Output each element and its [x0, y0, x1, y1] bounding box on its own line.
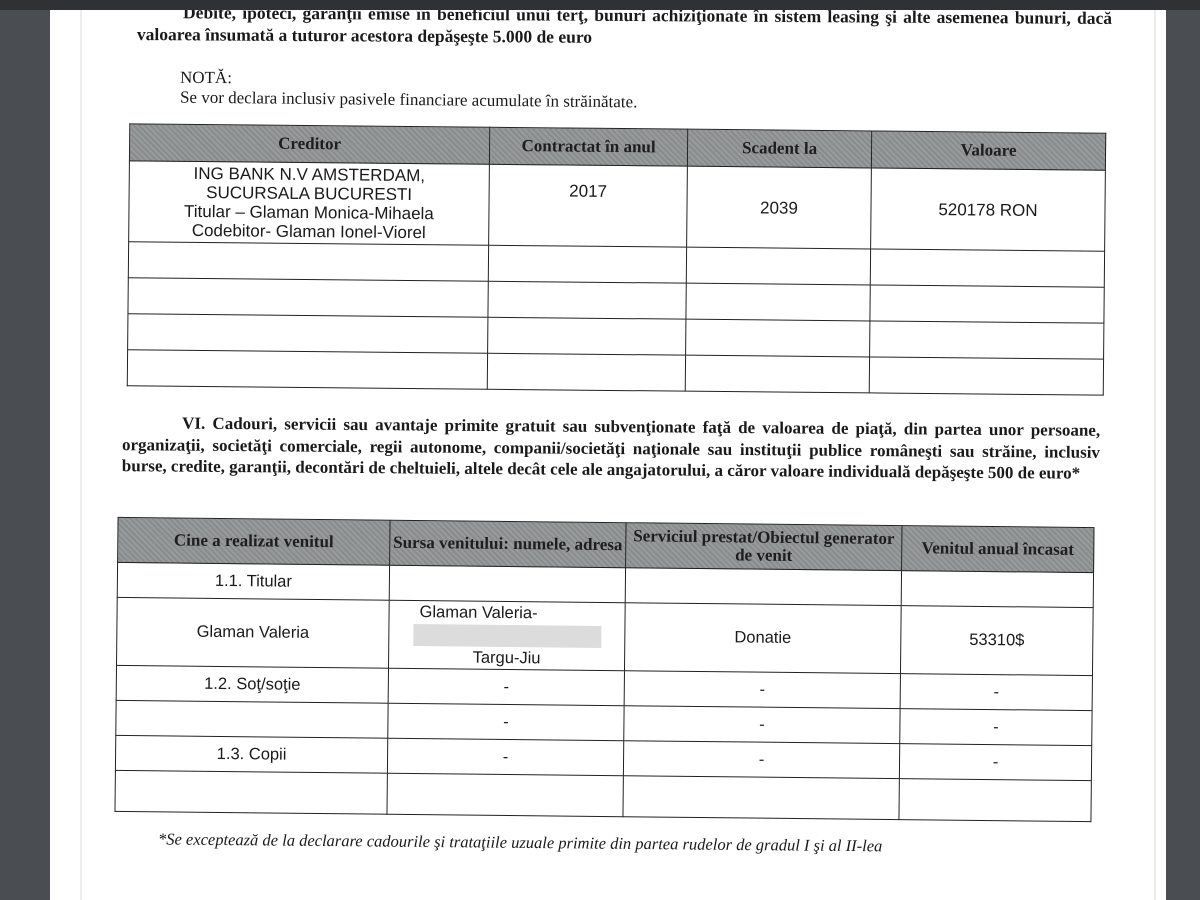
empty-cell	[870, 321, 1104, 359]
empty-cell	[488, 317, 686, 355]
cell-source	[389, 565, 625, 602]
empty-cell	[488, 245, 686, 283]
cell-service: -	[624, 670, 900, 708]
footnote: *Se exceptează de la declarare cadourile…	[158, 829, 1118, 858]
empty-cell	[686, 283, 870, 321]
cell-income: -	[900, 673, 1092, 710]
nota-label: NOTĂ:	[180, 68, 232, 88]
creditor-line: Codebitor- Glaman Ionel-Viorel	[129, 220, 488, 242]
nota-text: Se vor declara inclusiv pasivele financi…	[180, 88, 638, 113]
cell-source: -	[388, 703, 624, 740]
header-valoare: Valoare	[871, 131, 1105, 170]
header-who: Cine a realizat venitul	[118, 517, 390, 565]
cell-service: -	[624, 705, 900, 743]
cell-who	[116, 700, 388, 738]
cell-who	[115, 770, 387, 814]
empty-cell	[487, 353, 685, 391]
empty-cell	[869, 357, 1103, 395]
source-name: Glaman Valeria-	[389, 601, 624, 625]
header-service: Serviciul prestat/Obiectul generator de …	[626, 523, 902, 571]
debts-table: Creditor Contractat în anul Scadent la V…	[127, 123, 1106, 395]
cell-source: Glaman Valeria- Targu-Jiu	[389, 600, 626, 670]
header-source: Sursa venitului: numele, adresa	[390, 520, 626, 567]
header-creditor: Creditor	[129, 124, 489, 164]
empty-cell	[686, 319, 870, 357]
empty-cell	[128, 314, 488, 353]
cell-contractat: 2017	[489, 164, 688, 247]
cell-service: Donatie	[624, 603, 901, 674]
cell-who: 1.3. Copii	[115, 735, 387, 773]
cell-creditor: ING BANK N.V AMSTERDAM, SUCURSALA BUCURE…	[129, 161, 490, 245]
table-row: Glaman Valeria Glaman Valeria- Targu-Jiu…	[117, 597, 1094, 675]
cell-income	[901, 571, 1093, 608]
header-income: Venitul anual încasat	[902, 526, 1094, 573]
cell-income: 53310$	[900, 606, 1093, 676]
redacted-address	[413, 624, 601, 648]
cell-source	[387, 773, 623, 816]
empty-cell	[488, 281, 686, 319]
table-row: ING BANK N.V AMSTERDAM, SUCURSALA BUCURE…	[129, 161, 1106, 251]
cell-who: 1.1. Titular	[117, 562, 389, 600]
viewer-top-bar	[0, 0, 1200, 10]
cell-income: -	[899, 743, 1091, 780]
cell-service	[625, 568, 901, 606]
cell-who: Glaman Valeria	[117, 597, 390, 667]
page-fold-line	[80, 10, 82, 900]
contractat-value: 2017	[490, 181, 687, 202]
cell-source: -	[387, 738, 623, 775]
debts-intro-paragraph: Debite, ipoteci, garanţii emise în benef…	[137, 10, 1112, 51]
cell-service: -	[623, 740, 899, 778]
cell-who: 1.2. Soţ/soţie	[116, 665, 388, 703]
cell-valoare: 520178 RON	[871, 168, 1106, 251]
empty-cell	[128, 242, 488, 281]
empty-cell	[870, 249, 1104, 287]
page-fold-line-right	[1154, 10, 1156, 900]
source-city: Targu-Jiu	[389, 645, 624, 669]
cell-scadent: 2039	[687, 166, 872, 249]
cell-income	[899, 778, 1091, 821]
section-vi-heading: VI. Cadouri, servicii sau avantaje primi…	[122, 412, 1100, 484]
cell-service	[623, 775, 899, 819]
header-scadent: Scadent la	[687, 129, 871, 168]
cell-source: -	[388, 668, 624, 705]
empty-cell	[128, 278, 488, 317]
header-contractat: Contractat în anul	[489, 127, 687, 166]
empty-cell	[127, 350, 487, 389]
empty-cell	[686, 247, 870, 285]
gifts-table: Cine a realizat venitul Sursa venitului:…	[114, 517, 1094, 822]
empty-cell	[870, 285, 1104, 323]
empty-cell	[685, 355, 869, 393]
cell-income: -	[900, 708, 1092, 745]
document-page: Debite, ipoteci, garanţii emise în benef…	[50, 10, 1166, 900]
